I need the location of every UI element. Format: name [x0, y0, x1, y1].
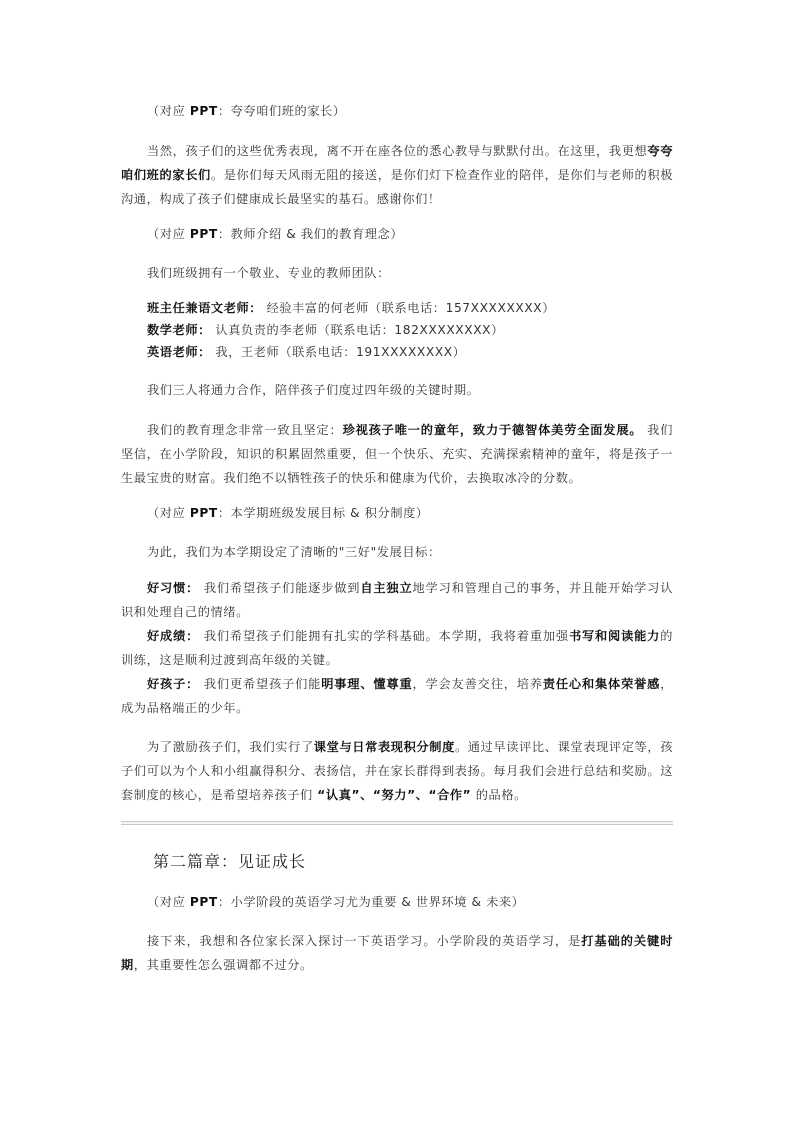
- ppt-title: ：本学期班级发展目标 & 积分制度）: [218, 506, 429, 520]
- points-paragraph: 为了激励孩子们，我们实行了课堂与日常表现积分制度。通过早读评比、课堂表现评定等，…: [121, 735, 673, 807]
- bold-run: 课堂与日常表现积分制度: [314, 740, 455, 754]
- text-run: ，其重要性怎么强调都不过分。: [134, 958, 313, 972]
- teacher-row: 班主任兼语文老师： 经验丰富的何老师（联系电话：157XXXXXXXX）: [121, 297, 673, 319]
- bold-run: 自主独立: [360, 581, 412, 595]
- ppt-prefix: （对应: [147, 895, 190, 909]
- teacher-desc: 我，王老师（联系电话：191XXXXXXXX）: [211, 345, 466, 359]
- horizontal-divider: [121, 821, 673, 825]
- ppt-note-parents: （对应 PPT：夸夸咱们班的家长）: [121, 99, 673, 123]
- ppt-note-teachers: （对应 PPT：教师介绍 & 我们的教育理念）: [121, 222, 673, 246]
- teacher-role: 班主任兼语文老师：: [147, 301, 262, 315]
- text-run: ，学会友善交往，培养: [412, 677, 542, 691]
- text-run: 接下来，我想和各位家长深入探讨一下英语学习。小学阶段的英语学习，是: [147, 934, 581, 948]
- ppt-prefix: （对应: [147, 227, 190, 241]
- goal-label: 好孩子：: [147, 677, 199, 691]
- english-paragraph: 接下来，我想和各位家长深入探讨一下英语学习。小学阶段的英语学习，是打基础的关键时…: [121, 929, 673, 977]
- ppt-label: PPT: [190, 506, 218, 520]
- goal-item: 好习惯： 我们希望孩子们能逐步做到自主独立地学习和管理自己的事务，并且能开始学习…: [121, 576, 673, 624]
- ppt-title: ：夸夸咱们班的家长）: [218, 104, 346, 118]
- text-run: 我们希望孩子们能拥有扎实的学科基础。本学期，我将着重加强: [199, 629, 569, 643]
- ppt-note-english: （对应 PPT：小学阶段的英语学习尤为重要 & 世界环境 & 未来）: [121, 890, 673, 914]
- teacher-role: 数学老师：: [147, 323, 211, 337]
- text-run: 我们希望孩子们能逐步做到: [199, 581, 360, 595]
- ppt-label: PPT: [190, 895, 218, 909]
- parents-paragraph: 当然，孩子们的这些优秀表现，离不开在座各位的悉心教导与默默付出。在这里，我更想夸…: [121, 139, 673, 211]
- teacher-role: 英语老师：: [147, 345, 211, 359]
- goal-item: 好成绩： 我们希望孩子们能拥有扎实的学科基础。本学期，我将着重加强书写和阅读能力…: [121, 624, 673, 672]
- teacher-desc: 认真负责的李老师（联系电话：182XXXXXXXX）: [211, 323, 504, 337]
- goal-label: 好成绩：: [147, 629, 199, 643]
- ppt-prefix: （对应: [147, 506, 190, 520]
- ppt-title: ：小学阶段的英语学习尤为重要 & 世界环境 & 未来）: [218, 895, 525, 909]
- bold-run: 书写和阅读能力: [569, 629, 660, 643]
- team-intro: 我们班级拥有一个敬业、专业的教师团队：: [121, 261, 673, 285]
- ppt-label: PPT: [190, 227, 218, 241]
- ppt-title: ：教师介绍 & 我们的教育理念）: [218, 227, 403, 241]
- text-run: 我们的教育理念非常一致且坚定：: [147, 423, 343, 437]
- teacher-row: 数学老师： 认真负责的李老师（联系电话：182XXXXXXXX）: [121, 319, 673, 341]
- chapter-title: 第二篇章：见证成长: [153, 850, 306, 874]
- bold-run: 珍视孩子唯一的童年，致力于德智体美劳全面发展。: [343, 423, 643, 437]
- teacher-row: 英语老师： 我，王老师（联系电话：191XXXXXXXX）: [121, 341, 673, 363]
- goal-item: 好孩子： 我们更希望孩子们能明事理、懂尊重，学会友善交往，培养责任心和集体荣誉感…: [121, 672, 673, 720]
- goal-label: 好习惯：: [147, 581, 199, 595]
- team-closing: 我们三人将通力合作，陪伴孩子们度过四年级的关键时期。: [121, 378, 673, 402]
- ppt-label: PPT: [190, 104, 218, 118]
- text-run: 我们更希望孩子们能: [199, 677, 321, 691]
- ppt-prefix: （对应: [147, 104, 190, 118]
- bold-run: “认真”、“努力”、“合作”: [317, 788, 471, 802]
- bold-run: 明事理、懂尊重: [321, 677, 412, 691]
- text-run: 的品格。: [471, 788, 527, 802]
- philosophy-paragraph: 我们的教育理念非常一致且坚定：珍视孩子唯一的童年，致力于德智体美劳全面发展。 我…: [121, 418, 673, 490]
- goals-intro: 为此，我们为本学期设定了清晰的"三好"发展目标：: [121, 540, 673, 564]
- bold-run: 责任心和集体荣誉感: [543, 677, 660, 691]
- teacher-desc: 经验丰富的何老师（联系电话：157XXXXXXXX）: [262, 301, 555, 315]
- text-run: 为了激励孩子们，我们实行了: [147, 740, 314, 754]
- text-run: 当然，孩子们的这些优秀表现，离不开在座各位的悉心教导与默默付出。在这里，我更想: [147, 144, 647, 158]
- ppt-note-goals: （对应 PPT：本学期班级发展目标 & 积分制度）: [121, 501, 673, 525]
